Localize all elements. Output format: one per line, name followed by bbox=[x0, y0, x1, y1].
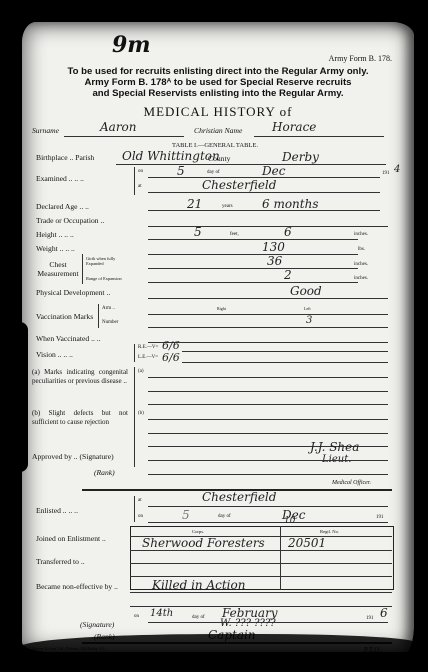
years-label: years bbox=[222, 204, 233, 209]
ne-on-label: on bbox=[134, 614, 139, 619]
enlisted-label: Enlisted .. .. .. bbox=[36, 506, 78, 515]
enlisted-year-prefix: 191 bbox=[376, 515, 384, 520]
examined-day: 5 bbox=[177, 164, 185, 178]
parish-value: Old Whittington bbox=[122, 149, 220, 163]
table-heading: TABLE I.—GENERAL TABLE. bbox=[172, 142, 258, 149]
corps-note: 10 bbox=[284, 516, 295, 526]
examined-year: 4 bbox=[394, 164, 400, 175]
right-label: Right bbox=[217, 306, 226, 311]
non-effective-value: Killed in Action bbox=[152, 578, 245, 592]
physical-label: Physical Development .. bbox=[36, 288, 110, 297]
left-label: Left bbox=[304, 306, 311, 311]
le-v-label: L.E.—V= bbox=[138, 355, 158, 360]
form-banner: To be used for recruits enlisting direct… bbox=[30, 66, 406, 99]
ne-year: 6 bbox=[380, 606, 388, 620]
medical-officer-label: Medical Officer. bbox=[332, 480, 371, 486]
weight-label: Weight .. .. .. bbox=[36, 244, 75, 253]
at-label: at bbox=[138, 184, 142, 189]
surname-value: Aaron bbox=[100, 120, 137, 134]
vision-label: Vision .. .. .. bbox=[36, 350, 73, 359]
county-label: County bbox=[208, 154, 230, 163]
physical-value: Good bbox=[290, 284, 322, 298]
weight-value: 130 bbox=[262, 240, 285, 254]
banner-line-1: To be used for recruits enlisting direct… bbox=[30, 66, 406, 77]
birthplace-label: Birthplace .. Parish bbox=[36, 153, 94, 162]
examined-month: Dec bbox=[262, 164, 285, 178]
year-prefix: 191 bbox=[382, 171, 390, 176]
enlisted-on-label: on bbox=[138, 514, 143, 519]
ne-day-of-label: day of bbox=[192, 615, 205, 620]
examined-label: Examined .. .. .. bbox=[36, 174, 84, 183]
banner-line-3: and Special Reservists enlisting into th… bbox=[30, 88, 406, 99]
inches-label-3: inches. bbox=[354, 276, 368, 281]
joined-label: Joined on Enlistment .. bbox=[36, 534, 106, 543]
christian-name-value: Horace bbox=[272, 120, 316, 134]
trade-label: Trade or Occupation .. bbox=[36, 216, 104, 225]
enlisted-day-of-label: day of bbox=[218, 514, 231, 519]
range-label: Range of Expansion bbox=[86, 276, 122, 281]
day-of-label: day of bbox=[207, 170, 220, 175]
enlisted-at-label: at bbox=[138, 498, 142, 503]
ne-year-prefix: 191 bbox=[366, 616, 374, 621]
banner-line-2: Army Form B. 178ᴬ to be used for Special… bbox=[30, 77, 406, 88]
surname-label: Surname bbox=[32, 126, 59, 135]
vision-le: 6/6 bbox=[162, 351, 180, 364]
girth-label: Girth when fully Expanded bbox=[86, 256, 130, 266]
defects-label: (b) Slight defects but not sufficient to… bbox=[32, 409, 128, 426]
examined-at: Chesterfield bbox=[202, 178, 276, 192]
handwritten-annotation: 9m bbox=[112, 32, 151, 58]
defects-b-label: (b) bbox=[138, 411, 144, 416]
form-page: 9m Army Form B. 178. To be used for recr… bbox=[22, 22, 414, 652]
age-years: 21 bbox=[187, 197, 202, 211]
signature-label: (Signature) bbox=[80, 620, 114, 629]
height-inches: 6 bbox=[284, 225, 292, 239]
arm-label: Arm .. bbox=[102, 306, 115, 311]
enlisted-day: 5 bbox=[182, 508, 190, 522]
regtl-no-header: Regtl. No. bbox=[320, 529, 339, 534]
page-title: MEDICAL HISTORY of bbox=[22, 104, 414, 120]
age-months: 6 months bbox=[262, 197, 319, 211]
regtl-no-value: 20501 bbox=[288, 536, 326, 550]
lbs-label: lbs. bbox=[358, 247, 365, 252]
height-feet: 5 bbox=[194, 225, 202, 239]
approved-signature: J.J. Shea bbox=[310, 440, 359, 454]
ne-day: 14th bbox=[150, 608, 173, 619]
corps-value: Sherwood Foresters bbox=[142, 536, 265, 550]
vaccination-label: Vaccination Marks bbox=[36, 312, 93, 321]
number-label: Number bbox=[102, 320, 118, 325]
christian-name-label: Christian Name bbox=[194, 126, 242, 135]
marks-a-label: (a) bbox=[138, 369, 144, 374]
when-vaccinated-label: When Vaccinated .. .. bbox=[36, 334, 101, 343]
declared-age-label: Declared Age .. .. bbox=[36, 202, 89, 211]
chest-label: Chest Measurement bbox=[36, 260, 80, 278]
rank-label: (Rank) bbox=[94, 468, 115, 477]
feet-label: feet, bbox=[230, 232, 239, 237]
vacc-number-left: 3 bbox=[306, 315, 312, 326]
chest-range: 2 bbox=[284, 268, 292, 282]
form-number: Army Form B. 178. bbox=[329, 54, 392, 63]
enlisted-at: Chesterfield bbox=[202, 490, 276, 504]
inches-label-2: inches. bbox=[354, 262, 368, 267]
non-effective-label: Became non-effective by .. bbox=[36, 582, 118, 591]
chest-expanded: 36 bbox=[267, 254, 282, 268]
re-v-label: R.E.—V= bbox=[138, 345, 158, 350]
height-label: Height .. .. .. bbox=[36, 230, 74, 239]
marks-label: (a) Marks indicating congenital peculiar… bbox=[32, 368, 128, 385]
approved-label: Approved by .. (Signature) bbox=[32, 452, 114, 461]
corps-header: Corps. bbox=[192, 529, 204, 534]
county-value: Derby bbox=[282, 150, 319, 164]
on-label: on bbox=[138, 169, 143, 174]
transferred-label: Transferred to .. bbox=[36, 557, 85, 566]
inches-label: inches. bbox=[354, 232, 368, 237]
